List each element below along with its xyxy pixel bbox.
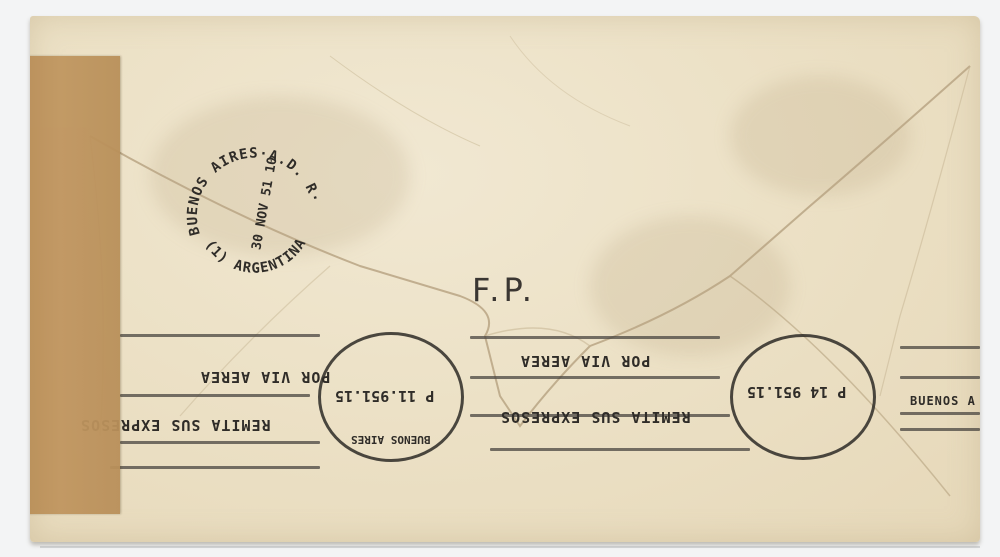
handwritten-initials: F.P. [472, 271, 536, 309]
edge-postmark-fragment: BUENOS A [910, 394, 976, 408]
machine-cancel-left: P 11.951.15 BUENOS AIRES [318, 332, 464, 462]
cancel-line [110, 466, 320, 469]
cancel-line [120, 394, 310, 397]
cancel-line [470, 376, 720, 379]
cancel-line [120, 334, 320, 337]
cancel-line [900, 376, 980, 379]
receiving-postmark: BUENOS AIRES·A.D. R· (1) ARGENTINA 30 NO… [180, 134, 330, 284]
cancel-line [900, 346, 980, 349]
censor-tape [30, 56, 120, 514]
scan-bed-edge [40, 546, 980, 548]
postmark-ring-text: BUENOS AIRES·A.D. R· (1) ARGENTINA [180, 134, 330, 284]
machine-cancel-right-date: P 14 951.15 [747, 383, 846, 401]
envelope-back: BUENOS AIRES·A.D. R· (1) ARGENTINA 30 NO… [30, 16, 980, 542]
slogan-airmail-middle: POR VIA AEREA [520, 352, 650, 370]
machine-cancel-left-date: P 11.951.15 [335, 387, 434, 405]
machine-cancel-right: P 14 951.15 [730, 334, 876, 460]
slogan-airmail-left: POR VIA AEREA [200, 368, 330, 386]
machine-cancel-left-ring: BUENOS AIRES [351, 433, 430, 446]
cancel-line [120, 441, 320, 444]
cancel-line [470, 336, 720, 339]
cancel-line [900, 412, 980, 415]
slogan-express-middle: REMITA SUS EXPRESOS [500, 408, 691, 426]
cancel-line [900, 428, 980, 431]
cancel-line [490, 448, 750, 451]
